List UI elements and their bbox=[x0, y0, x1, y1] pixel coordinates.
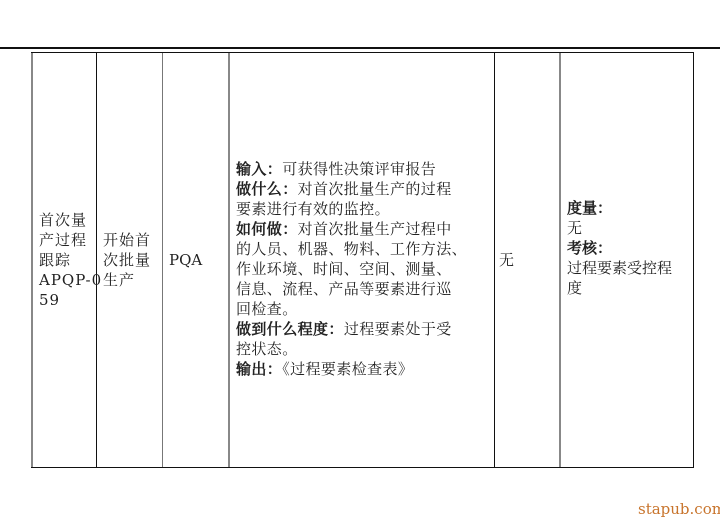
stage-line: 生产 bbox=[103, 270, 151, 290]
watermark: stapub.com bbox=[638, 500, 720, 518]
output-text: 《过程要素检查表》 bbox=[282, 360, 413, 378]
description-line: 输出：《过程要素检查表》 bbox=[236, 359, 494, 379]
how-text-cont: 信息、流程、产品等要素进行巡 bbox=[236, 280, 452, 298]
cell-description: 输入：可获得性决策评审报告 做什么：对首次批量生产的过程 要素进行有效的监控。 … bbox=[230, 53, 495, 467]
how-text-cont: 的人员、机器、物料、工作方法、 bbox=[236, 240, 467, 258]
cell-kpi: 度量： 无 考核： 过程要素受控程 度 bbox=[561, 53, 694, 467]
process-name-line: 跟踪 bbox=[39, 250, 102, 270]
assess-label: 考核： bbox=[567, 238, 672, 258]
what-text: 对首次批量生产的过程 bbox=[298, 180, 452, 198]
extent-text-cont: 控状态。 bbox=[236, 340, 298, 358]
cell-related: 无 bbox=[495, 53, 561, 467]
description-line: 信息、流程、产品等要素进行巡 bbox=[236, 279, 494, 299]
cell-process-name: 首次量 产过程 跟踪 APQP-0 59 bbox=[31, 53, 97, 467]
assess-value: 度 bbox=[567, 278, 672, 298]
measure-label: 度量： bbox=[567, 198, 672, 218]
top-horizontal-rule bbox=[0, 47, 720, 49]
description-line: 控状态。 bbox=[236, 339, 494, 359]
description-line: 如何做：对首次批量生产过程中 bbox=[236, 219, 494, 239]
related-text: 无 bbox=[499, 250, 514, 270]
process-name-line: APQP-0 bbox=[39, 270, 102, 290]
stage-line: 次批量 bbox=[103, 250, 151, 270]
description-line: 的人员、机器、物料、工作方法、 bbox=[236, 239, 494, 259]
description-line: 做什么：对首次批量生产的过程 bbox=[236, 179, 494, 199]
how-label: 如何做： bbox=[236, 220, 298, 238]
process-table: 首次量 产过程 跟踪 APQP-0 59 开始首 次批量 生产 PQA 输入：可… bbox=[31, 52, 694, 468]
owner-text: PQA bbox=[169, 250, 202, 270]
stage-line: 开始首 bbox=[103, 230, 151, 250]
cell-owner: PQA bbox=[163, 53, 230, 467]
description-line: 作业环境、时间、空间、测量、 bbox=[236, 259, 494, 279]
what-text-cont: 要素进行有效的监控。 bbox=[236, 200, 390, 218]
how-text-cont: 作业环境、时间、空间、测量、 bbox=[236, 260, 452, 278]
how-text: 对首次批量生产过程中 bbox=[298, 220, 452, 238]
description-line: 回检查。 bbox=[236, 299, 494, 319]
measure-value: 无 bbox=[567, 218, 672, 238]
output-label: 输出： bbox=[236, 360, 282, 378]
what-label: 做什么： bbox=[236, 180, 298, 198]
cell-stage: 开始首 次批量 生产 bbox=[97, 53, 163, 467]
process-name-line: 59 bbox=[39, 290, 102, 310]
description-line: 做到什么程度：过程要素处于受 bbox=[236, 319, 494, 339]
input-label: 输入： bbox=[236, 160, 282, 178]
extent-text: 过程要素处于受 bbox=[344, 320, 452, 338]
extent-label: 做到什么程度： bbox=[236, 320, 344, 338]
description-line: 输入：可获得性决策评审报告 bbox=[236, 159, 494, 179]
assess-value: 过程要素受控程 bbox=[567, 258, 672, 278]
process-name-line: 产过程 bbox=[39, 230, 102, 250]
how-text-cont: 回检查。 bbox=[236, 300, 298, 318]
input-text: 可获得性决策评审报告 bbox=[282, 160, 436, 178]
description-line: 要素进行有效的监控。 bbox=[236, 199, 494, 219]
process-name-line: 首次量 bbox=[39, 210, 102, 230]
